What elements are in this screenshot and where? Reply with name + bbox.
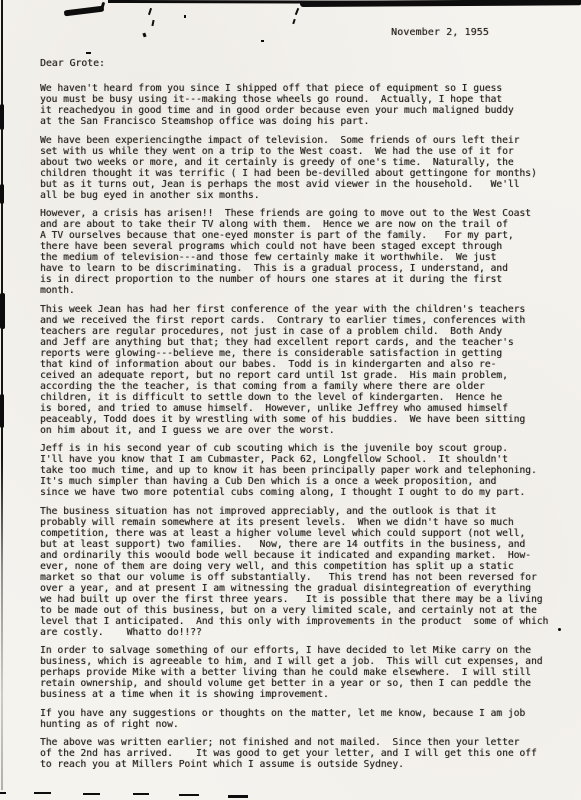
scan-artifact-speck (184, 15, 186, 18)
letter-paragraph: The above was written earlier; not finis… (40, 737, 556, 770)
scan-artifact-speck (148, 8, 152, 15)
scanned-letter-page: November 2, 1955 Dear Grote: We haven't … (0, 0, 581, 800)
scan-artifact-top-edge-thick (300, 0, 581, 7)
letter-salutation: Dear Grote: (40, 58, 105, 69)
scan-artifact-bottom-dash (0, 792, 6, 794)
scan-artifact-edge-blob (0, 184, 4, 204)
scan-artifact-speck (558, 628, 561, 631)
scan-artifact-edge-blob (0, 104, 4, 130)
letter-paragraph: In order to salvage something of our eff… (40, 645, 556, 700)
scan-artifact-speck (292, 19, 295, 24)
scan-artifact-speck (86, 52, 91, 54)
scan-artifact-bottom-dash (34, 792, 51, 794)
scan-artifact-speck (151, 20, 154, 26)
letter-paragraph: We have been experiencingthe impact of t… (40, 135, 556, 201)
scan-artifact-bottom-dash (228, 795, 248, 798)
scan-artifact-pen-mark (64, 6, 104, 17)
scan-artifact-pen-mark-tail (100, 2, 105, 11)
scan-artifact-speck (295, 8, 299, 15)
letter-date: November 2, 1955 (391, 27, 489, 38)
scan-artifact-speck (261, 40, 264, 42)
scan-artifact-bottom-dash (83, 793, 100, 795)
scan-artifact-speck (142, 33, 146, 38)
letter-paragraph: However, a crisis has arisen!! These fri… (40, 208, 556, 296)
letter-paragraph: We haven't heard from you since I shippe… (40, 83, 556, 127)
scan-artifact-bottom-dash (179, 794, 199, 796)
scan-artifact-bottom-dash (133, 793, 149, 795)
letter-body: We haven't heard from you since I shippe… (40, 83, 556, 778)
scan-artifact-edge-blob (0, 394, 4, 428)
letter-paragraph: If you have any suggestions or thoughts … (40, 708, 556, 730)
scan-artifact-edge-blob (0, 293, 5, 329)
letter-paragraph: Jeff is in his second year of cub scouti… (40, 443, 556, 498)
letter-paragraph: This week Jean has had her first confere… (40, 304, 556, 436)
letter-paragraph: The business situation has not improved … (40, 506, 556, 638)
